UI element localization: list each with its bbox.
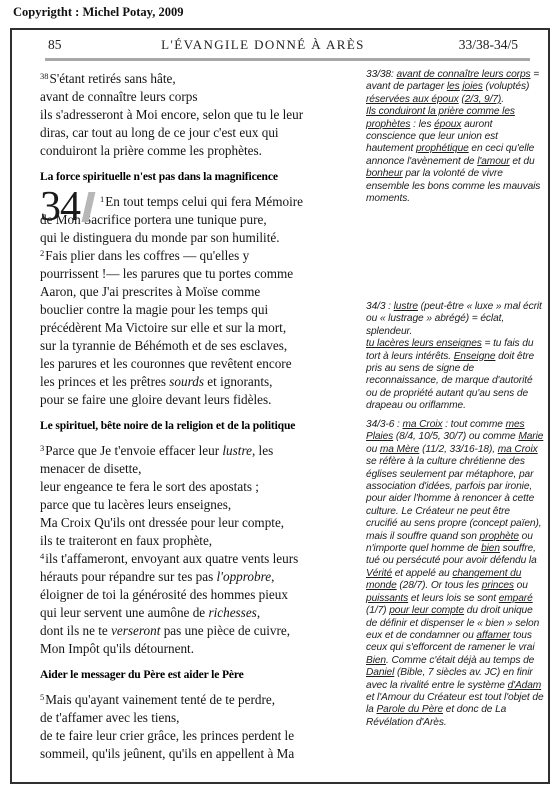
text-line: précédèrent Ma Victoire sur elle et sur …	[40, 319, 364, 337]
page-content: 38S'étant retirés sans hâte,avant de con…	[12, 61, 548, 782]
verse-paragraph: 3Parce que Je t'envoie effacer leur lust…	[40, 442, 364, 658]
text-line: Aaron, que J'ai prescrites à Moïse comme	[40, 283, 364, 301]
chapter-number: 34	[40, 192, 92, 222]
margin-note: 34/3 : lustre (peut-être « luxe » mal éc…	[366, 301, 544, 413]
text-line: les parures et les couronnes que revêten…	[40, 355, 364, 373]
section-heading: Le spirituel, bête noire de la religion …	[40, 417, 364, 435]
text-line: 5Mais qu'ayant vainement tenté de te per…	[40, 691, 364, 709]
text-line: 2Fais plier dans les coffres — qu'elles …	[40, 247, 364, 265]
text-line: 3Parce que Je t'envoie effacer leur lust…	[40, 442, 364, 460]
text-line: sommeil, qu'ils jeûnent, qu'ils en appel…	[40, 745, 364, 763]
text-line: pourrissent !— les parures que tu portes…	[40, 265, 364, 283]
verse-range: 33/38-34/5	[448, 37, 518, 53]
text-line: de t'affamer avec les tiens,	[40, 709, 364, 727]
text-line: qui leur servent une aumône de richesses…	[40, 604, 364, 622]
copyright-line: Copyrigtht : Michel Potay, 2009	[13, 5, 183, 20]
text-line: Ma Croix Qu'ils ont dressée pour leur co…	[40, 514, 364, 532]
text-line: dont ils ne te verseront pas une pièce d…	[40, 622, 364, 640]
text-line: ils s'adresseront à Moi encore, selon qu…	[40, 106, 364, 124]
section-heading: Aider le messager du Père est aider le P…	[40, 666, 364, 684]
book-title: L'ÉVANGILE DONNÉ À ARÈS	[78, 37, 448, 53]
text-line: qui le distinguera du monde par son humi…	[40, 229, 364, 247]
margin-note: 33/38: avant de connaître leurs corps = …	[366, 69, 544, 205]
text-line: pour se faire une gloire devant leurs fi…	[40, 391, 364, 409]
chapter-paragraph: 341En tout temps celui qui fera Mémoired…	[40, 193, 364, 409]
text-line: de te faire leur crier grâce, les prince…	[40, 727, 364, 745]
text-line: ils te traiteront en faux prophète,	[40, 532, 364, 550]
text-line: Mon Impôt qu'ils détournent.	[40, 640, 364, 658]
text-line: avant de connaître leurs corps	[40, 88, 364, 106]
text-line: hérauts pour répandre sur tes pas l'oppr…	[40, 568, 364, 586]
text-line: sur la tyrannie de Béhémoth et de ses es…	[40, 337, 364, 355]
book-page: Copyrigtht : Michel Potay, 2009 85 L'ÉVA…	[0, 0, 560, 788]
text-line: 38S'étant retirés sans hâte,	[40, 70, 364, 88]
text-line: diras, car tout au long de ce jour c'est…	[40, 124, 364, 142]
section-heading: La force spirituelle n'est pas dans la m…	[40, 168, 364, 186]
main-text-column: 38S'étant retirés sans hâte,avant de con…	[40, 70, 364, 763]
text-line: les princes et les prêtres sourds et ign…	[40, 373, 364, 391]
text-line: conduiront la prière comme les prophètes…	[40, 142, 364, 160]
text-line: bouclier contre la magie pour les temps …	[40, 301, 364, 319]
page-header: 85 L'ÉVANGILE DONNÉ À ARÈS 33/38-34/5	[12, 30, 548, 53]
text-line: leur engeance te fera le sort des aposta…	[40, 478, 364, 496]
text-line: parce que tu lacères leurs enseignes,	[40, 496, 364, 514]
text-line: 4ils t'affameront, envoyant aux quatre v…	[40, 550, 364, 568]
text-line: éloigner de toi la générosité des hommes…	[40, 586, 364, 604]
margin-note: 34/3-6 : ma Croix : tout comme mes Plaie…	[366, 419, 544, 729]
text-line: menacer de disette,	[40, 460, 364, 478]
verse-paragraph: 38S'étant retirés sans hâte,avant de con…	[40, 70, 364, 160]
page-number: 85	[48, 37, 78, 53]
verse-paragraph: 5Mais qu'ayant vainement tenté de te per…	[40, 691, 364, 763]
verse-number: 38	[40, 71, 50, 86]
page-frame: 85 L'ÉVANGILE DONNÉ À ARÈS 33/38-34/5 38…	[10, 28, 550, 784]
